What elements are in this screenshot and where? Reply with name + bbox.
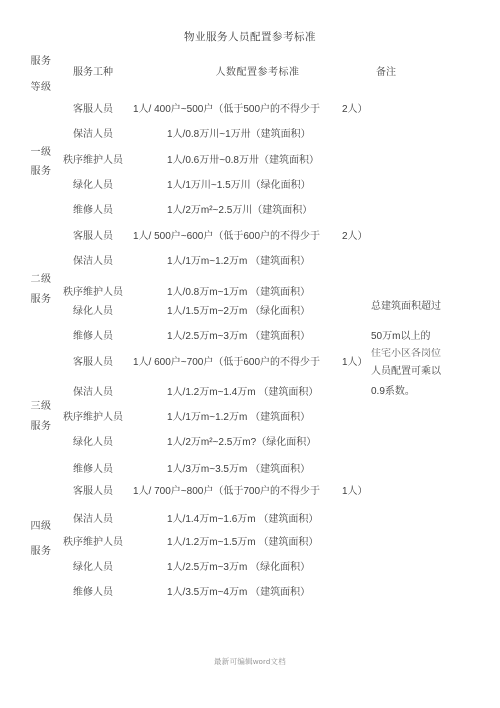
config-tail: 1人） bbox=[342, 486, 368, 498]
worker-cell: 维修人员 bbox=[47, 331, 139, 343]
config-cell: 1人/1万m~1.2万m （建筑面积） bbox=[167, 412, 310, 424]
group-1-level-line2: 服务 bbox=[24, 166, 58, 178]
worker-cell: 保洁人员 bbox=[47, 129, 139, 141]
note-line: 50万m以上的 bbox=[371, 331, 430, 343]
worker-cell: 保洁人员 bbox=[47, 514, 139, 526]
config-cell: 1人/ 500户~600户（低于600户的不得少于 bbox=[133, 231, 320, 243]
config-cell: 1人/ 700户~800户（低于700户的不得少于 bbox=[133, 486, 320, 498]
note-line-clipped: 住宅小区各岗位 bbox=[371, 348, 441, 357]
config-cell: 1人/ 600户~700户（低于600户的不得少于 bbox=[133, 357, 320, 369]
config-cell: 1人/2万m²~2.5万m?（绿化面积） bbox=[167, 437, 316, 449]
config-cell: 1人/ 400户~500户（低于500户的不得少于 bbox=[133, 104, 320, 116]
group-2-level-line1: 二级 bbox=[24, 274, 58, 286]
document-title: 物业服务人员配置参考标准 bbox=[0, 32, 500, 44]
worker-cell: 客服人员 bbox=[47, 357, 139, 369]
config-cell: 1人/1.4万m~1.6万m （建筑面积） bbox=[167, 514, 318, 526]
document-page: 物业服务人员配置参考标准 服务 等级 服务工种 人数配置参考标准 备注 一级 服… bbox=[0, 0, 500, 708]
worker-cell: 秩序维护人员 bbox=[47, 537, 139, 549]
config-cell: 1人/2万m²~2.5万川（建筑面积） bbox=[167, 205, 312, 217]
worker-cell: 维修人员 bbox=[47, 464, 139, 476]
config-cell: 1人/0.6万卅~0.8万卅（建筑面积） bbox=[167, 155, 319, 167]
config-cell: 1人/1.2万m~1.4万m （建筑面积） bbox=[167, 387, 318, 399]
worker-cell: 保洁人员 bbox=[47, 387, 139, 399]
config-cell: 1人/3.5万m~4万m （建筑面积） bbox=[167, 587, 310, 599]
config-cell: 1人/0.8万m~1万m （建筑面积） bbox=[167, 287, 310, 299]
config-cell: 1人/3万m~3.5万m （建筑面积） bbox=[167, 464, 310, 476]
worker-cell: 客服人员 bbox=[47, 486, 139, 498]
note-line: 人员配置可乘以 bbox=[371, 366, 441, 378]
worker-cell: 保洁人员 bbox=[47, 256, 139, 268]
config-cell: 1人/2.5万m~3万m （建筑面积） bbox=[167, 331, 310, 343]
note-line: 0.9系数。 bbox=[371, 386, 415, 398]
header-config: 人数配置参考标准 bbox=[135, 67, 380, 79]
config-cell: 1人/1.2万m~1.5万m （建筑面积） bbox=[167, 537, 318, 549]
worker-cell: 秩序维护人员 bbox=[47, 155, 139, 167]
config-cell: 1人/1.5万m~2万m （绿化面积） bbox=[167, 306, 310, 318]
worker-cell: 绿化人员 bbox=[47, 562, 139, 574]
worker-cell: 绿化人员 bbox=[47, 180, 139, 192]
config-cell: 1人/1万m~1.2万m （建筑面积） bbox=[167, 256, 310, 268]
header-level-line2: 等级 bbox=[24, 82, 58, 94]
config-tail: 2人） bbox=[342, 231, 368, 243]
note-line: 总建筑面积超过 bbox=[371, 301, 441, 313]
worker-cell: 客服人员 bbox=[47, 104, 139, 116]
config-cell: 1人/1万川~1.5万川（绿化面积） bbox=[167, 180, 311, 192]
worker-cell: 秩序维护人员 bbox=[47, 287, 139, 299]
config-cell: 1人/0.8万川~1万卅（建筑面积） bbox=[167, 129, 311, 141]
header-note: 备注 bbox=[361, 67, 411, 79]
worker-cell: 绿化人员 bbox=[47, 437, 139, 449]
config-tail: 2人） bbox=[342, 104, 368, 116]
worker-cell: 维修人员 bbox=[47, 587, 139, 599]
config-cell: 1人/2.5万m~3万m （绿化面积） bbox=[167, 562, 310, 574]
footer-watermark: 最新可编辑word文档 bbox=[0, 656, 500, 668]
worker-cell: 绿化人员 bbox=[47, 306, 139, 318]
worker-cell: 客服人员 bbox=[47, 231, 139, 243]
config-tail: 1人） bbox=[342, 357, 368, 369]
header-worker: 服务工种 bbox=[47, 67, 139, 79]
worker-cell: 维修人员 bbox=[47, 205, 139, 217]
worker-cell: 秩序维护人员 bbox=[47, 412, 139, 424]
